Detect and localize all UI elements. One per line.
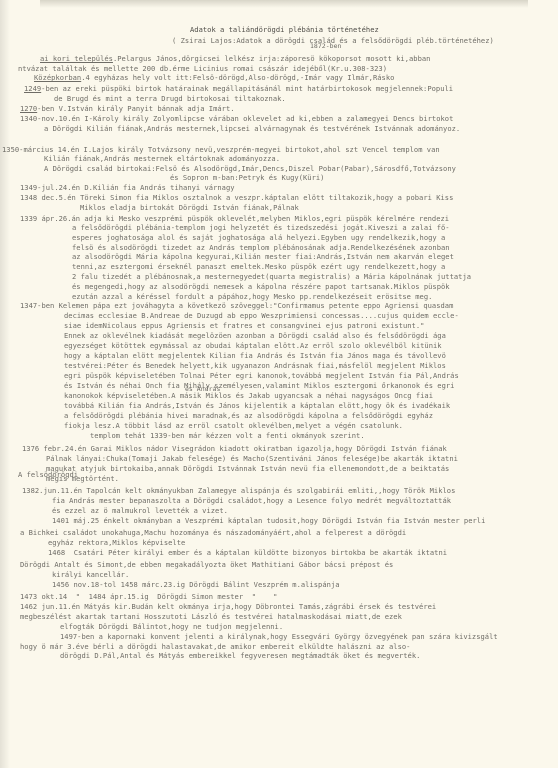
line-text: Pálnak lányai:Chuka(Tomaji Jakab feleség… xyxy=(46,454,458,463)
line-text: fia András mester bepanaszolta a Dörögdi… xyxy=(52,496,451,505)
text-line: ntvázat találtak és mellette 200 db.érme… xyxy=(18,64,387,73)
text-line: kanonokok képviseletében.A másik Miklos … xyxy=(64,391,433,400)
text-line: de Brugd és mint a terra Drugd birtokosa… xyxy=(54,94,286,103)
line-text: magukat atyjuk birtokaiba,annak Dörögdi … xyxy=(46,464,449,473)
line-text: 1473 okt.14 " 1484 ápr.15.ig Dörögdi Sim… xyxy=(20,592,277,601)
text-line: fiokja lesz.A többit lásd az erröl csato… xyxy=(64,421,403,430)
line-text: 1401 máj.25 énkelt okmányban a Veszprémi… xyxy=(52,516,485,525)
line-text: megbeszélést akartak tartani Hosszutoti … xyxy=(20,612,402,621)
text-line: 1349-jul.24.én D.Kilián fia András tihan… xyxy=(20,183,235,192)
line-text: egyház rektora,Miklos képviselte xyxy=(48,538,185,547)
text-line: Pálnak lányai:Chuka(Tomaji Jakab feleség… xyxy=(46,454,458,463)
text-line: 1456 nov.18-tol 1458 márc.23.ig Dörögdi … xyxy=(52,580,339,589)
text-line: ai kori település.Pelargus János,dörgics… xyxy=(40,54,430,63)
underlined-lead: 1270 xyxy=(20,104,37,113)
underlined-lead: 1249 xyxy=(24,84,41,93)
line-text: és Sopron m-ban:Petryk és Kugy(Küri) xyxy=(170,173,324,182)
text-line: a Bichkei családot unokahuga,Machu hozom… xyxy=(20,528,406,537)
line-text: .4 egyházas hely volt itt:Felsö-dörögd,A… xyxy=(81,73,394,82)
text-line: és megengedi,hogy az alsodörögdi nemesek… xyxy=(72,282,450,291)
text-line: 1347-ben Kelemen pápa ezt jováhagyta a k… xyxy=(20,301,453,310)
line-text: Dörögdi Antalt és Simont,de ebben megaka… xyxy=(20,560,393,569)
text-line: A Dörögdi család birtokai:Felsö és Alsod… xyxy=(44,164,456,173)
text-line: templom tehát 1339-ben már kézzen volt a… xyxy=(90,431,365,440)
line-text: a felsődörögdi plébánia hivei maradnak,é… xyxy=(64,411,433,420)
document-title: Adatok a taliándörögdi plébánia történet… xyxy=(190,25,379,34)
text-line: 1473 okt.14 " 1484 ápr.15.ig Dörögdi Sim… xyxy=(20,592,277,601)
line-text: dörögdi D.Pál,Antal és Mátyás embereikke… xyxy=(60,651,420,660)
line-text: templom tehát 1339-ben már kézzen volt a… xyxy=(90,431,365,440)
margin-note-felsodorogdi: A felsödörögdi xyxy=(18,470,78,479)
text-line: esperes joghatosága alol és saját joghat… xyxy=(72,233,445,242)
text-line: ezután azzal a kéréssel fordult a pápáho… xyxy=(72,292,432,301)
line-text: 1456 nov.18-tol 1458 márc.23.ig Dörögdi … xyxy=(52,580,339,589)
line-text: a Bichkei családot unokahuga,Machu hozom… xyxy=(20,528,406,537)
text-line: dörögdi D.Pál,Antal és Mátyás embereikke… xyxy=(60,651,420,660)
line-text: és István és néhai Onch fia Mihály szemé… xyxy=(64,381,454,390)
text-line: 1468 Csatári Péter királyi ember és a ká… xyxy=(48,548,447,557)
text-line: 1401 máj.25 énkelt okmányban a Veszprémi… xyxy=(52,516,485,525)
line-text: esperes joghatosága alol és saját joghat… xyxy=(72,233,445,242)
text-line: egri püspök képviseletében Tolnai Péter … xyxy=(64,371,459,380)
text-line: hogy ö már 3.éve bérli a dörögdi halasta… xyxy=(20,642,410,651)
line-text: 1382.jun.11.én Tapolcán kelt okmányukban… xyxy=(22,486,455,495)
line-text: egri püspök képviseletében Tolnai Péter … xyxy=(64,371,459,380)
line-text: egyezséget kötöttek egymással az obudai … xyxy=(64,341,442,350)
line-text: 1350-március 14.én I.Lajos király Totváz… xyxy=(2,145,440,154)
line-text: decimas ecclesiae B.Andreae de Duzugd ab… xyxy=(64,311,459,320)
line-text: felsö és alsodörögdi tizedet az András t… xyxy=(72,243,450,252)
line-text: és megengedi,hogy az alsodörögdi nemesek… xyxy=(72,282,450,291)
line-text: 1340-nov.10.én I-Károly király Zolyomlip… xyxy=(20,114,453,123)
line-text: 2 falu tizedét a plébánosnak,a mesterneg… xyxy=(72,272,471,281)
line-text: Miklos eladja birtokát Dörögdi István fi… xyxy=(80,203,299,212)
text-line: 1249-ben az ereki püspöki birtok határai… xyxy=(24,84,453,93)
line-text: -ben V.István király Panyit bánnak adja … xyxy=(37,104,234,113)
text-line: 1350-március 14.én I.Lajos király Totváz… xyxy=(2,145,440,154)
line-text: hogy a káptalan elött megjelentek Kilian… xyxy=(64,351,446,360)
line-text: .Pelargus János,dörgicsei lelkész irja:z… xyxy=(113,54,431,63)
line-text: A Dörögdi család birtokai:Felsö és Alsod… xyxy=(44,164,456,173)
text-line: 1339 ápr.26.án adja ki Mesko veszprémi p… xyxy=(20,214,449,223)
text-line: 1497-ben a kapornaki konvent jelenti a k… xyxy=(60,632,498,641)
line-text: kanonokok képviseletében.A másik Miklos … xyxy=(64,391,433,400)
text-line: Kilián fiának,András mesternek eltártokn… xyxy=(44,154,280,163)
text-line: egyezséget kötöttek egymással az obudai … xyxy=(64,341,442,350)
text-line: 1340-nov.10.én I-Károly király Zolyomlip… xyxy=(20,114,453,123)
line-text: továbbá Kilián fia András,István és Jáno… xyxy=(64,401,450,410)
text-line: felsö és alsodörögdi tizedet az András t… xyxy=(72,243,450,252)
text-line: 1270-ben V.István király Panyit bánnak a… xyxy=(20,104,235,113)
text-line: decimas ecclesiae B.Andreae de Duzugd ab… xyxy=(64,311,459,320)
text-line: fia András mester bepanaszolta a Dörögdi… xyxy=(52,496,451,505)
line-text: ezután azzal a kéréssel fordult a pápáho… xyxy=(72,292,432,301)
insertion-note: 1872-ben xyxy=(310,42,341,51)
line-text: 1349-jul.24.én D.Kilián fia András tihan… xyxy=(20,183,235,192)
text-line: Miklos eladja birtokát Dörögdi István fi… xyxy=(80,203,299,212)
text-line: továbbá Kilián fia András,István és Jáno… xyxy=(64,401,450,410)
margin-insert-andras: és András xyxy=(185,385,220,394)
text-line: és Sopron m-ban:Petryk és Kugy(Küri) xyxy=(170,173,324,182)
line-text: fiokja lesz.A többit lásd az erröl csato… xyxy=(64,421,403,430)
text-line: siae idemNicolaus eppus Agriensis et fra… xyxy=(64,321,424,330)
underlined-lead: ai kori település xyxy=(40,54,113,63)
text-line: Ennek az oklevélnek kiadását megelözöen … xyxy=(64,331,446,340)
line-text: ntvázat találtak és mellette 200 db.érme… xyxy=(18,64,387,73)
line-text: hogy ö már 3.éve bérli a dörögdi halasta… xyxy=(20,642,410,651)
line-text: a felsődörögdi plébánia-templom jogi hel… xyxy=(72,223,450,232)
line-text: és ezzel az ö malmukrol levették a vizet… xyxy=(52,506,228,515)
text-line: és ezzel az ö malmukrol levették a vizet… xyxy=(52,506,228,515)
line-text: siae idemNicolaus eppus Agriensis et fra… xyxy=(64,321,424,330)
text-line: 1348 dec.5.én Töreki Simon fia Miklos os… xyxy=(20,193,453,202)
line-text: 1468 Csatári Péter királyi ember és a ká… xyxy=(48,548,447,557)
line-text: az alsodörögdi Mária kápolna kegyurai,Ki… xyxy=(72,252,454,261)
text-line: és István és néhai Onch fia Mihály szemé… xyxy=(64,381,454,390)
text-line: 1376 febr.24.én Garai Miklos nádor Viseg… xyxy=(22,444,447,453)
line-text: 1339 ápr.26.án adja ki Mesko veszprémi p… xyxy=(20,214,449,223)
line-text: Kilián fiának,András mesternek eltártokn… xyxy=(44,154,280,163)
text-line: hogy a káptalan elött megjelentek Kilian… xyxy=(64,351,446,360)
text-line: a Dörögdi Kilián fiának,András mesternek… xyxy=(44,124,460,133)
line-text: 1348 dec.5.én Töreki Simon fia Miklos os… xyxy=(20,193,453,202)
line-text: elfogták Dörögdi Bálintot,hogy ne tudjon… xyxy=(60,622,283,631)
text-line: 1382.jun.11.én Tapolcán kelt okmányukban… xyxy=(22,486,455,495)
text-line: magukat atyjuk birtokaiba,annak Dörögdi … xyxy=(46,464,449,473)
text-line: egyház rektora,Miklos képviselte xyxy=(48,538,185,547)
line-text: de Brugd és mint a terra Drugd birtokosa… xyxy=(54,94,286,103)
line-text: tenni,az esztergomi érseknél panaszt eme… xyxy=(72,262,445,271)
text-line: Középkorban.4 egyházas hely volt itt:Fel… xyxy=(34,73,394,82)
text-line: a felsődörögdi plébánia-templom jogi hel… xyxy=(72,223,450,232)
line-text: 1462 jun.11.én Mátyás kir.Budán kelt okm… xyxy=(20,602,436,611)
line-text: testvérei:Péter és Benedek helyett,kik u… xyxy=(64,361,446,370)
typewritten-document-page: Adatok a taliándörögdi plébánia történet… xyxy=(0,0,558,768)
text-line: elfogták Dörögdi Bálintot,hogy ne tudjon… xyxy=(60,622,283,631)
underlined-lead: Középkorban xyxy=(34,73,81,82)
text-line: 2 falu tizedét a plébánosnak,a mesterneg… xyxy=(72,272,471,281)
text-line: tenni,az esztergomi érseknél panaszt eme… xyxy=(72,262,445,271)
line-text: 1347-ben Kelemen pápa ezt jováhagyta a k… xyxy=(20,301,453,310)
text-line: 1462 jun.11.én Mátyás kir.Budán kelt okm… xyxy=(20,602,436,611)
text-line: megbeszélést akartak tartani Hosszutoti … xyxy=(20,612,402,621)
line-text: királyi kancellár. xyxy=(52,570,129,579)
line-text: a Dörögdi Kilián fiának,András mesternek… xyxy=(44,124,460,133)
line-text: -ben az ereki püspöki birtok határainak … xyxy=(41,84,453,93)
line-text: Ennek az oklevélnek kiadását megelözöen … xyxy=(64,331,446,340)
text-line: az alsodörögdi Mária kápolna kegyurai,Ki… xyxy=(72,252,454,261)
text-line: a felsődörögdi plébánia hivei maradnak,é… xyxy=(64,411,433,420)
text-line: Dörögdi Antalt és Simont,de ebben megaka… xyxy=(20,560,393,569)
text-line: királyi kancellár. xyxy=(52,570,129,579)
line-text: 1376 febr.24.én Garai Miklos nádor Viseg… xyxy=(22,444,447,453)
line-text: 1497-ben a kapornaki konvent jelenti a k… xyxy=(60,632,498,641)
text-line: testvérei:Péter és Benedek helyett,kik u… xyxy=(64,361,446,370)
